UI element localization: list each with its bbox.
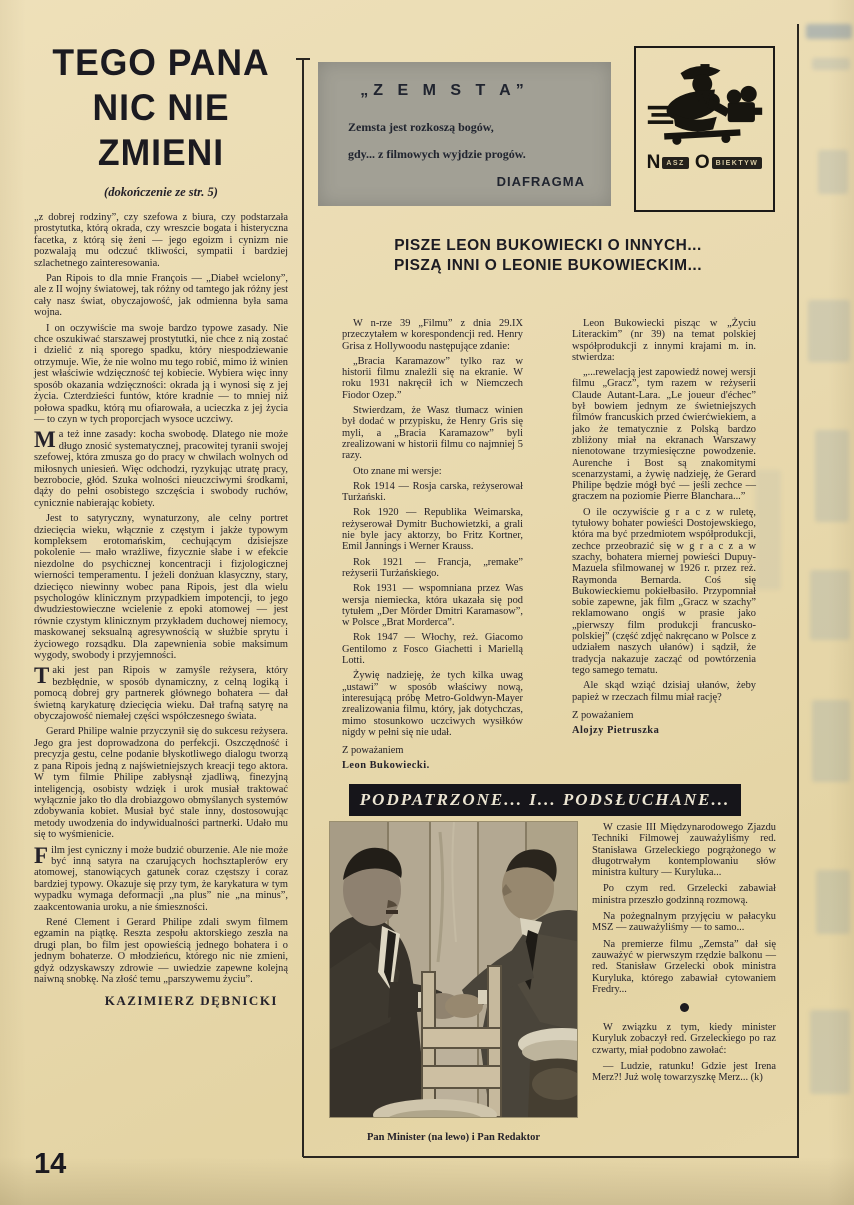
paragraph: Pan Ripois to dla mnie François — „Diabe… — [34, 273, 288, 319]
continuation-note: (dokończenie ze str. 5) — [34, 185, 288, 200]
minister-redaktor-photo — [330, 822, 577, 1117]
bukowiecki-headline: PISZE LEON BUKOWIECKI O INNYCH... PISZĄ … — [336, 236, 760, 276]
article-title-line1: TEGO PANA — [39, 40, 283, 85]
paragraph: Rok 1920 — Republika Weimarska, reżysero… — [342, 507, 523, 552]
bleed-mark — [808, 300, 850, 362]
dropcap: T — [34, 665, 52, 686]
center-rule-top-serif — [296, 58, 310, 60]
article-title-line2: NIC NIE ZMIENI — [39, 85, 283, 175]
paragraph-text: aki jest pan Ripois w zamyśle reżysera, … — [34, 665, 288, 722]
paragraph: O ile oczywiście g r a c z w ruletę, tyt… — [572, 507, 756, 676]
zemsta-verse-line1: Zemsta jest rozkoszą bogów, — [348, 120, 494, 135]
paragraph: Żywię nadzieję, że tych kilka uwag „usta… — [342, 670, 523, 738]
nasz-obiektyw-logo: N ASZ O BIEKTYW — [636, 156, 773, 170]
logo-badge-biektyw: BIEKTYW — [712, 157, 763, 169]
paragraph: W n-rze 39 „Filmu” z dnia 29.IX przeczyt… — [342, 318, 523, 352]
paragraph: „z dobrej rodziny”, czy szefowa z biura,… — [34, 212, 288, 269]
zemsta-epigram-box: „Z E M S T A” Zemsta jest rozkoszą bogów… — [318, 62, 611, 206]
bleed-mark — [810, 570, 850, 640]
paragraph: Stwierdzam, że Wasz tłumacz winien był d… — [342, 405, 523, 461]
paragraph: Na premierze filmu „Zemsta” dał się zauw… — [592, 939, 776, 995]
podpatrzone-banner: PODPATRZONE... I... PODSŁUCHANE... — [349, 784, 741, 816]
dropcap: F — [34, 845, 51, 866]
bleed-mark — [818, 150, 848, 194]
closing-formula: Z poważaniem — [572, 710, 756, 721]
paragraph: Gerard Philipe walnie przyczynił się do … — [34, 726, 288, 840]
zemsta-verse-line2: gdy... z filmowych wyjdzie progów. — [348, 147, 526, 162]
photo-two-men-talking — [330, 822, 577, 1117]
paragraph: Film jest cyniczny i może budzić oburzen… — [34, 845, 288, 913]
paragraph: Rok 1947 — Włochy, reż. Giacomo Gentilom… — [342, 632, 523, 666]
paragraph: Taki jest pan Ripois w zamyśle reżysera,… — [34, 665, 288, 722]
paragraph: Rok 1931 — wspomniana przez Was wersja n… — [342, 583, 523, 628]
paragraph: Rok 1921 — Francja, „remake” reżyserii T… — [342, 557, 523, 580]
logo-letter-n: N — [647, 156, 661, 170]
paragraph: Oto znane mi wersje: — [342, 466, 523, 477]
bukowiecki-headline-line2: PISZĄ INNI O LEONIE BUKOWIECKIM... — [336, 256, 760, 276]
podpatrzone-column: W czasie III Międzynarodowego Zjazdu Tec… — [592, 822, 776, 1089]
logo-letter-o: O — [695, 156, 710, 170]
paragraph: Na pożegnalnym przyjęciu w pałacyku MSZ … — [592, 911, 776, 934]
bottom-rule — [303, 1156, 799, 1158]
article-title: TEGO PANA NIC NIE ZMIENI — [39, 40, 283, 175]
bleed-mark — [810, 1010, 850, 1094]
center-column-rule — [302, 60, 304, 1157]
bleed-mark — [816, 870, 850, 934]
dropcap: M — [34, 429, 59, 450]
author-byline: KAZIMIERZ DĘBNICKI — [34, 993, 288, 1009]
bukowiecki-column-right: Leon Bukowiecki pisząc w „Życiu Literack… — [572, 318, 756, 740]
section-bullet — [680, 1003, 689, 1012]
bukowiecki-column-left: W n-rze 39 „Filmu” z dnia 29.IX przeczyt… — [342, 318, 523, 776]
paragraph: Leon Bukowiecki pisząc w „Życiu Literack… — [572, 318, 756, 363]
paragraph: Rok 1914 — Rosja carska, reżyserował Tur… — [342, 481, 523, 504]
logo-badge-asz: ASZ — [662, 157, 689, 169]
paragraph: Jest to satyryczny, wynaturzony, ale cel… — [34, 513, 288, 661]
bukowiecki-headline-line1: PISZE LEON BUKOWIECKI O INNYCH... — [336, 236, 760, 256]
paragraph: René Clement i Gerard Philipe zdali swym… — [34, 917, 288, 985]
article-body: „z dobrej rodziny”, czy szefowa z biura,… — [34, 212, 288, 985]
page-number: 14 — [34, 1148, 66, 1181]
paragraph: W czasie III Międzynarodowego Zjazdu Tec… — [592, 822, 776, 878]
paragraph-text: ilm jest cyniczny i może budzić oburzeni… — [34, 845, 288, 913]
paragraph: Ale skąd wziąć dzisiaj ułanów, żeby papi… — [572, 680, 756, 703]
paragraph: Ma też inne zasady: kocha swobodę. Dlate… — [34, 429, 288, 509]
letter-signature: Leon Bukowiecki. — [342, 760, 523, 771]
zemsta-byline: DIAFRAGMA — [497, 174, 585, 189]
letter-signature: Alojzy Pietruszka — [572, 725, 756, 736]
bleed-mark — [806, 24, 852, 39]
photo-caption: Pan Minister (na lewo) i Pan Redaktor — [330, 1132, 577, 1143]
zemsta-title: „Z E M S T A” — [318, 82, 571, 100]
cameraman-cartoon-illustration — [646, 56, 764, 152]
paragraph: I on oczywiście ma swoje bardzo typowe z… — [34, 323, 288, 426]
closing-formula: Z poważaniem — [342, 745, 523, 756]
paragraph: — Ludzie, ratunku! Gdzie jest Irena Merz… — [592, 1061, 776, 1084]
paragraph: Po czym red. Grzelecki zabawiał ministra… — [592, 883, 776, 906]
paragraph: „...rewelacją jest zapowiedź nowej wersj… — [572, 367, 756, 503]
nasz-obiektyw-box: N ASZ O BIEKTYW — [634, 46, 775, 212]
paragraph-text: a też inne zasady: kocha swobodę. Dlateg… — [34, 429, 288, 508]
bleed-mark — [812, 700, 850, 782]
bleed-mark — [812, 58, 850, 70]
bleed-mark — [815, 430, 849, 522]
right-column-rule — [797, 24, 799, 1157]
paragraph: W związku z tym, kiedy minister Kuryluk … — [592, 1022, 776, 1056]
magazine-page: TEGO PANA NIC NIE ZMIENI (dokończenie ze… — [0, 0, 854, 1205]
left-article: TEGO PANA NIC NIE ZMIENI (dokończenie ze… — [34, 40, 288, 1009]
paragraph: „Bracia Karamazow” tylko raz w historii … — [342, 356, 523, 401]
bleed-mark — [755, 470, 781, 590]
